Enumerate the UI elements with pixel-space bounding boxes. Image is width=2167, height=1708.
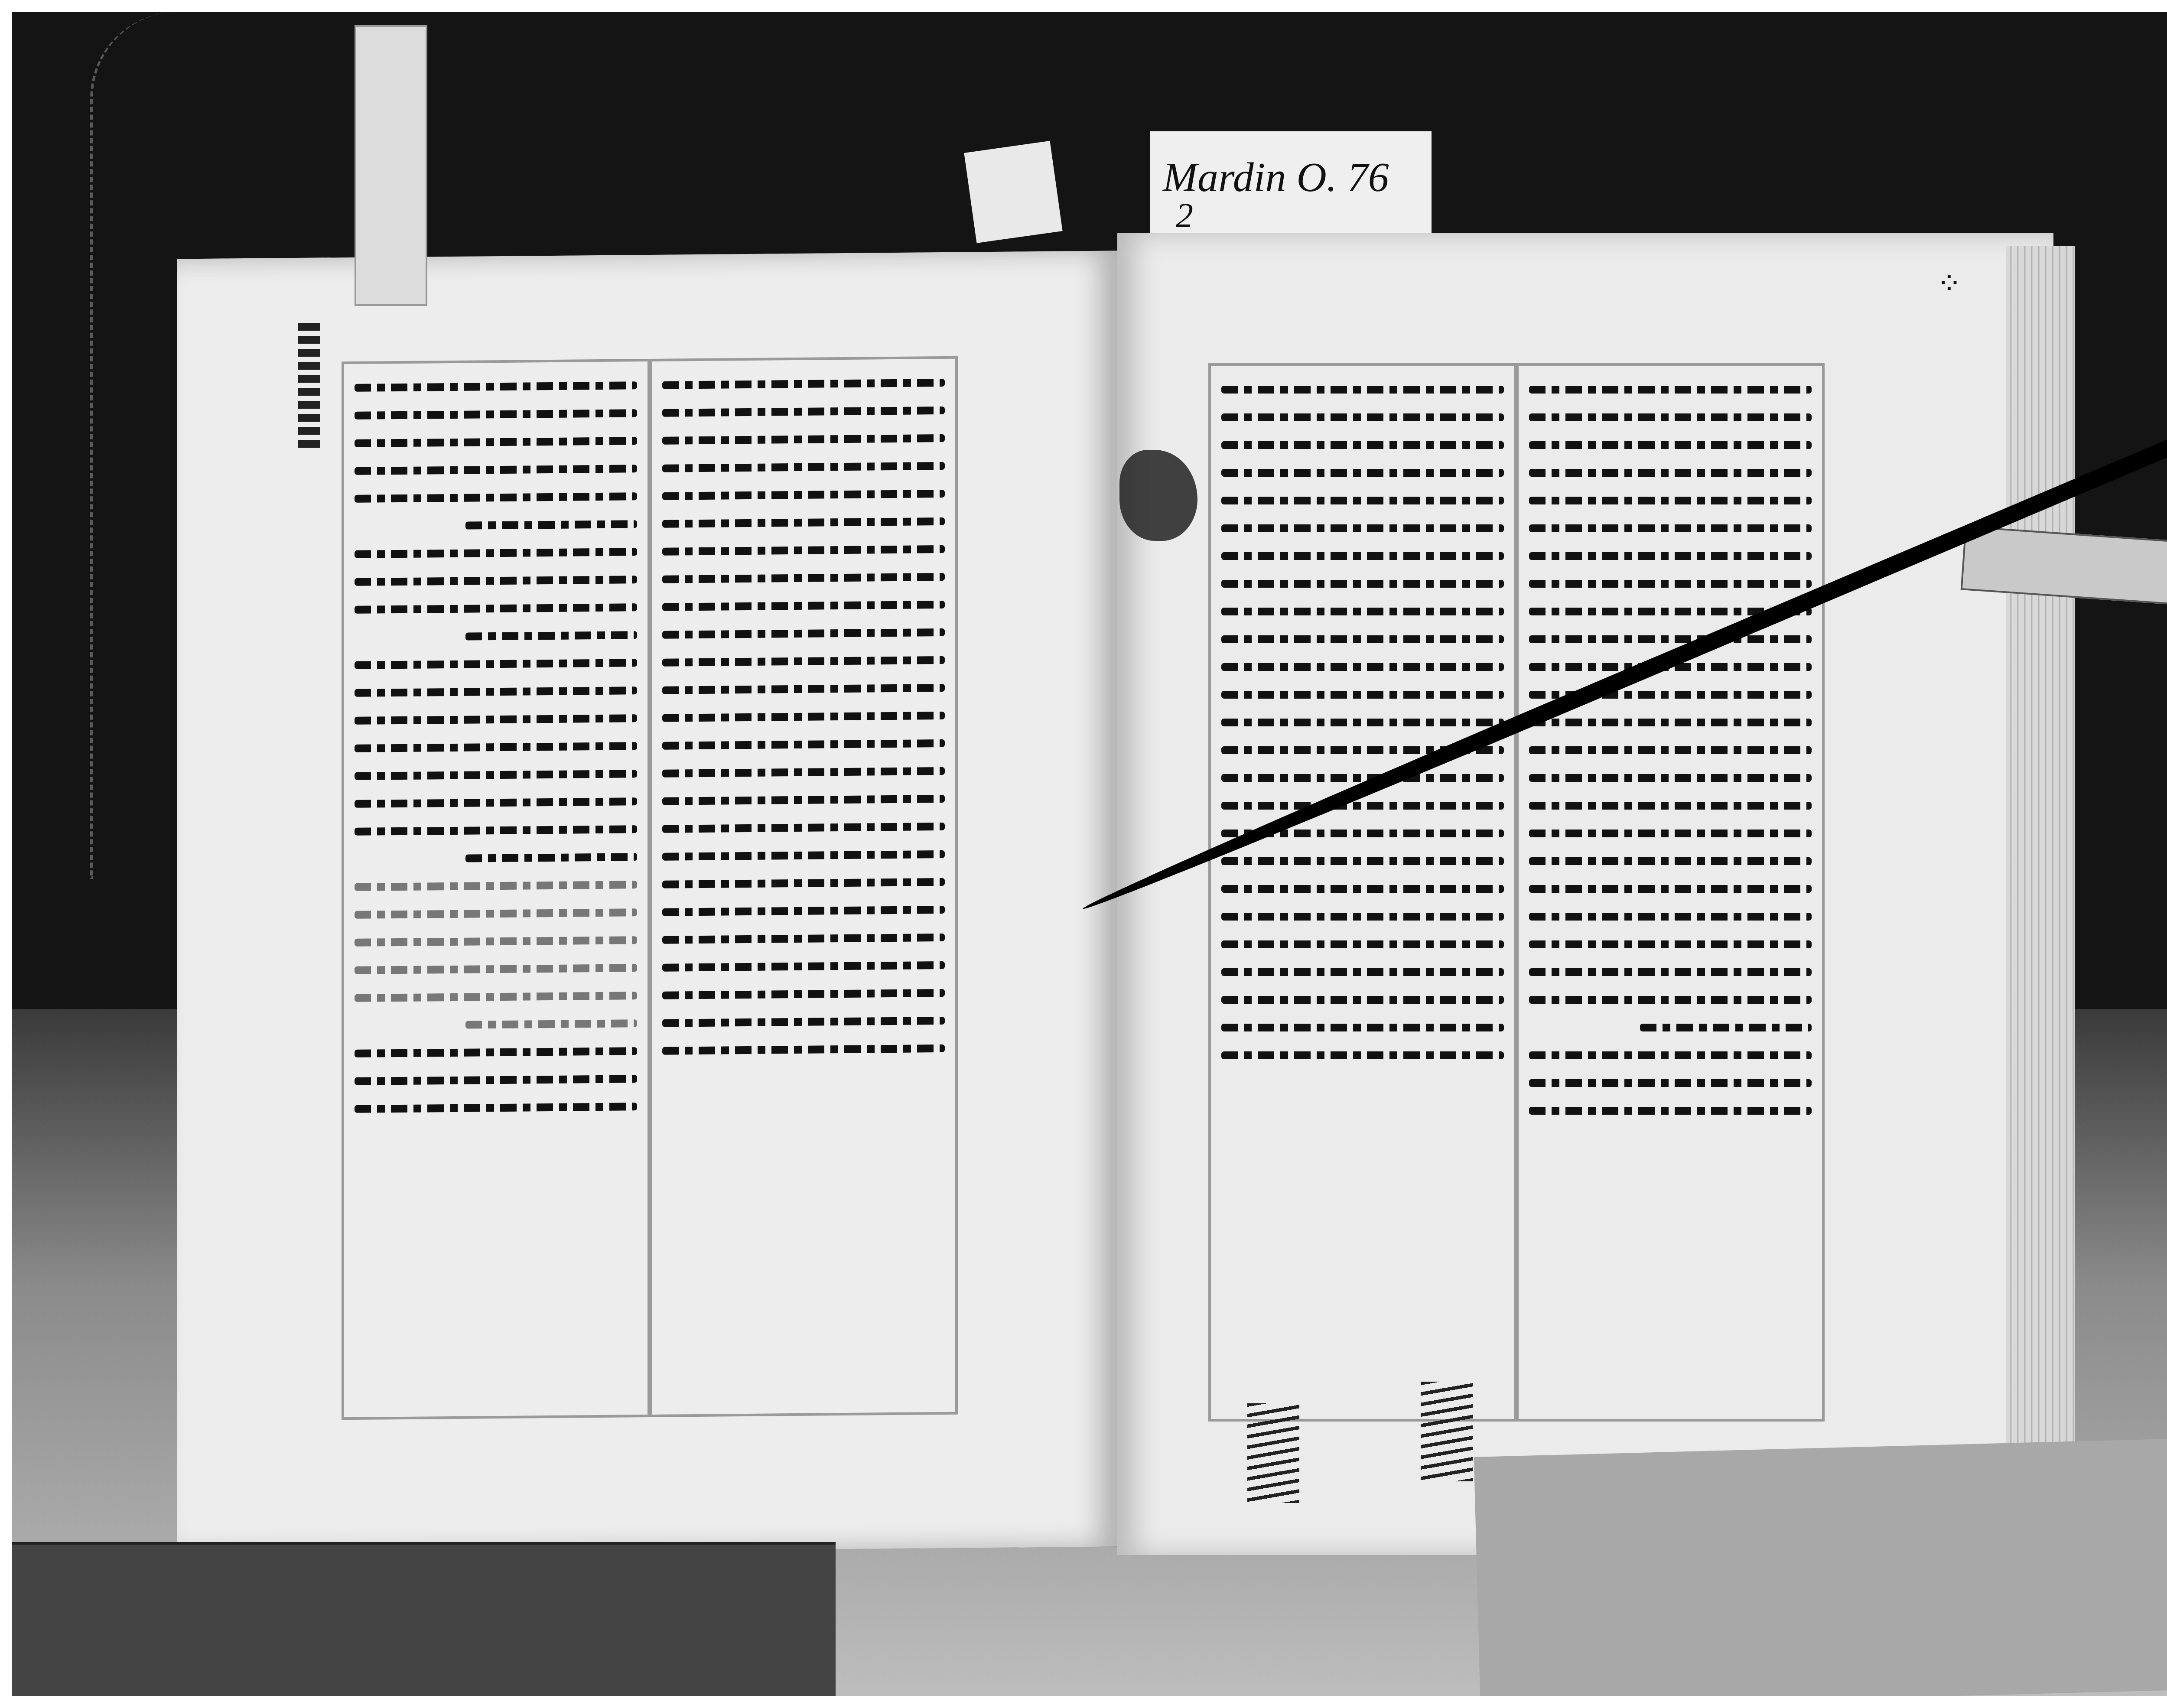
- manuscript-photo: Mardin O. 76 2: [12, 12, 2167, 1696]
- margin-note: [298, 323, 320, 453]
- signature-mark: [1421, 1382, 1473, 1481]
- left-page-outer-column: [342, 359, 650, 1420]
- right-page: [1117, 233, 2053, 1555]
- signature-mark: [1247, 1403, 1299, 1503]
- right-page-inner-column: [1208, 363, 1517, 1422]
- page-edges: [2006, 246, 2075, 1538]
- ink-smudge: [1119, 450, 1197, 541]
- right-page-outer-column: [1516, 363, 1825, 1422]
- shelfmark-text: Mardin O. 76: [1163, 153, 1389, 201]
- dark-box: [12, 1542, 836, 1696]
- paper-tab: [964, 141, 1062, 243]
- left-page: [177, 251, 1117, 1555]
- left-clip: [355, 25, 427, 306]
- shelfmark-label: Mardin O. 76 2: [1150, 131, 1432, 235]
- four-dot-ornament-icon: ⁘: [1936, 266, 1962, 302]
- folio-number: 2: [1176, 196, 1193, 236]
- grey-box: [1474, 1436, 2167, 1696]
- left-page-inner-column: [649, 356, 958, 1417]
